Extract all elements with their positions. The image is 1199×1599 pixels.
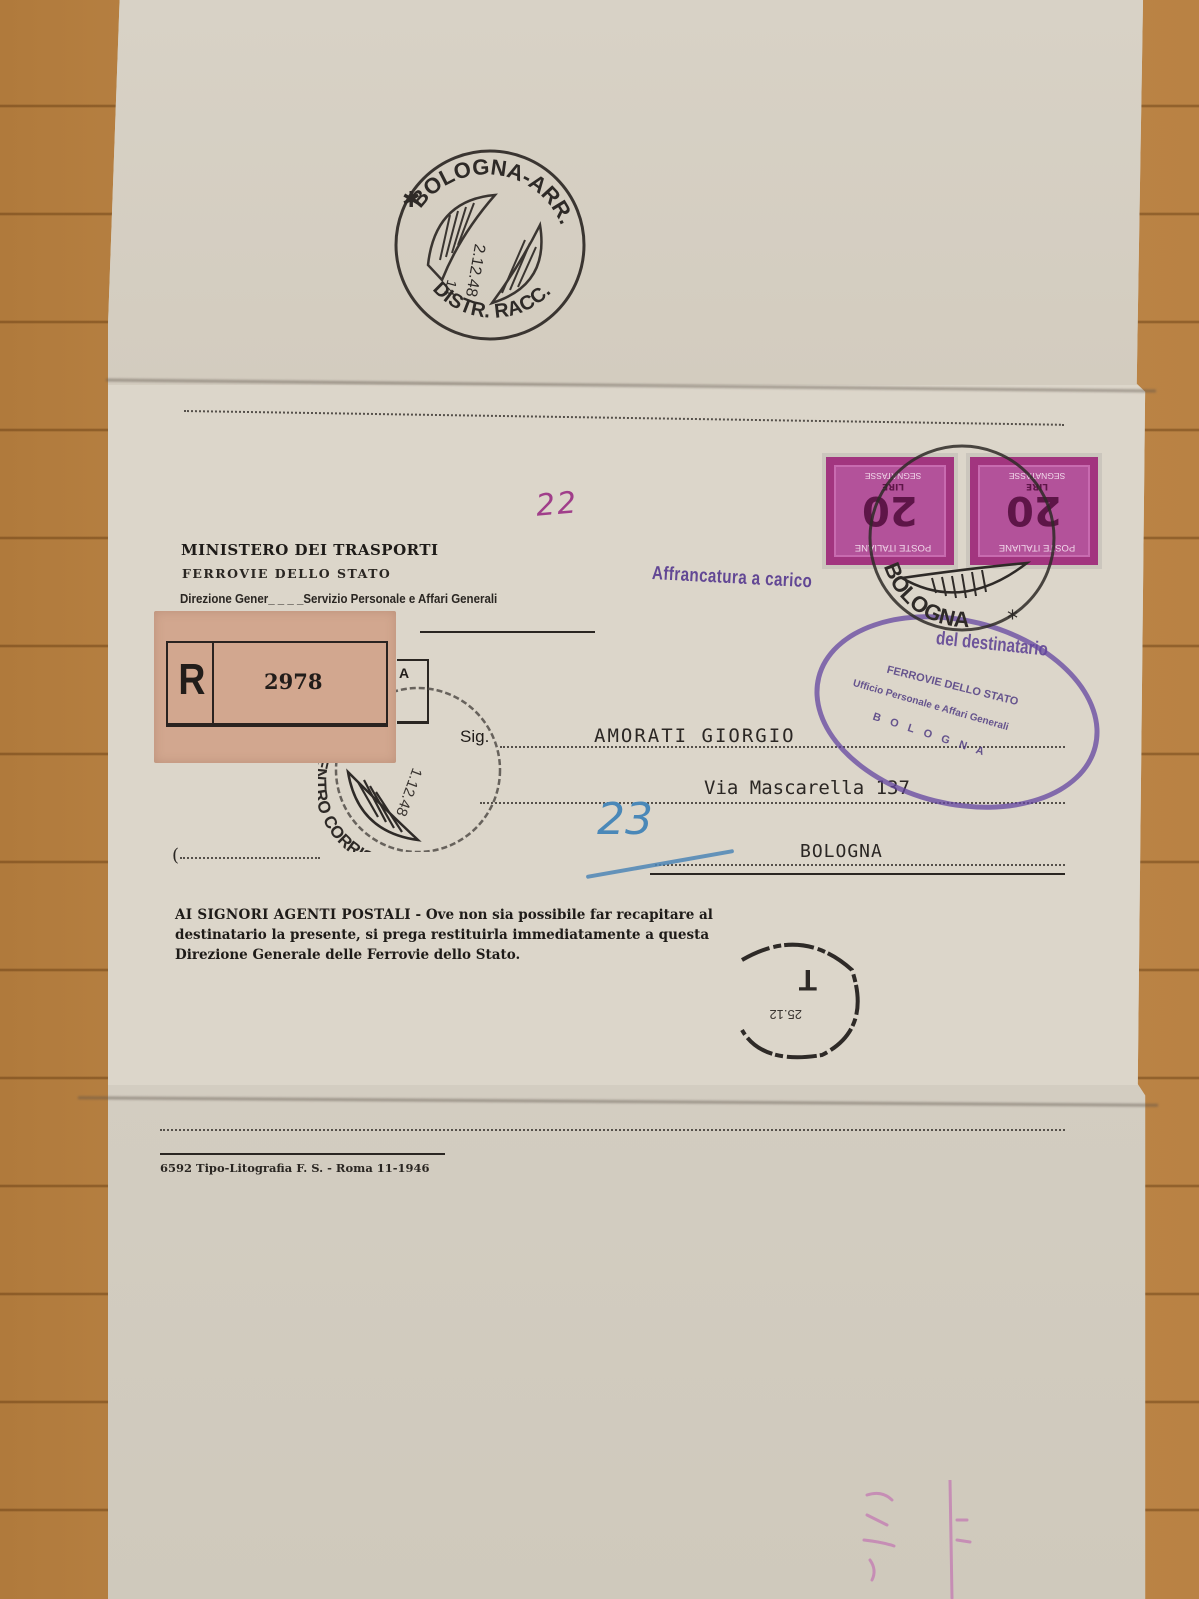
- svg-text:25.12: 25.12: [769, 1007, 802, 1022]
- salutation-sig: Sig.: [460, 727, 489, 747]
- notice-lead: AI SIGNORI AGENTI POSTALI: [175, 907, 411, 923]
- handwritten-23: 23: [597, 794, 653, 845]
- registration-letter: R: [178, 655, 205, 705]
- pencil-marks: [862, 1480, 972, 1599]
- registration-box: R 2978: [166, 641, 388, 727]
- svg-text:✱: ✱: [402, 188, 420, 213]
- registration-label: R 2978: [154, 611, 396, 763]
- header-rule: [420, 631, 595, 633]
- postmark-bologna-on-stamps: BOLOGNA *: [862, 438, 1062, 638]
- solid-rule-city: [650, 873, 1065, 875]
- registration-number: 2978: [264, 669, 322, 694]
- svg-text:2.12.48: 2.12.48: [462, 243, 488, 299]
- registration-separator: [212, 643, 214, 723]
- open-parenthesis: (: [172, 845, 179, 866]
- svg-text:T: T: [799, 963, 817, 996]
- imprint-rule: [160, 1153, 445, 1155]
- dotted-rule-bottom: [160, 1129, 1065, 1131]
- svg-text:BOLOGNA-ARR.: BOLOGNA-ARR.: [402, 145, 591, 263]
- recipient-name: AMORATI GIORGIO: [594, 725, 796, 747]
- svg-text:*: *: [1007, 607, 1018, 632]
- printer-imprint: 6592 Tipo-Litografia F. S. - Roma 11-194…: [160, 1161, 430, 1175]
- department-heading: Direzione Gener_ _ _ _Servizio Personale…: [180, 592, 497, 606]
- postal-agents-notice: AI SIGNORI AGENTI POSTALI - Ove non sia …: [175, 905, 735, 965]
- postmark-small-transit: T 25.12: [722, 930, 872, 1070]
- ministry-heading: MINISTERO DEI TRASPORTI: [181, 541, 439, 559]
- agency-heading: FERROVIE DELLO STATO: [182, 566, 391, 581]
- recipient-city: BOLOGNA: [800, 841, 883, 862]
- notice-dash: -: [411, 907, 426, 923]
- handwritten-22: 22: [535, 485, 580, 524]
- dotted-rule-city: [655, 864, 1065, 866]
- dotted-rule-left: [180, 857, 320, 859]
- postmark-bologna-arr: BOLOGNA-ARR. DISTR. RACC. 2.12.48 14 ✱: [380, 145, 600, 345]
- top-fold-panel: [108, 0, 1162, 385]
- corner-letter-a: A: [399, 665, 409, 681]
- svg-text:1.12.48: 1.12.48: [392, 766, 425, 819]
